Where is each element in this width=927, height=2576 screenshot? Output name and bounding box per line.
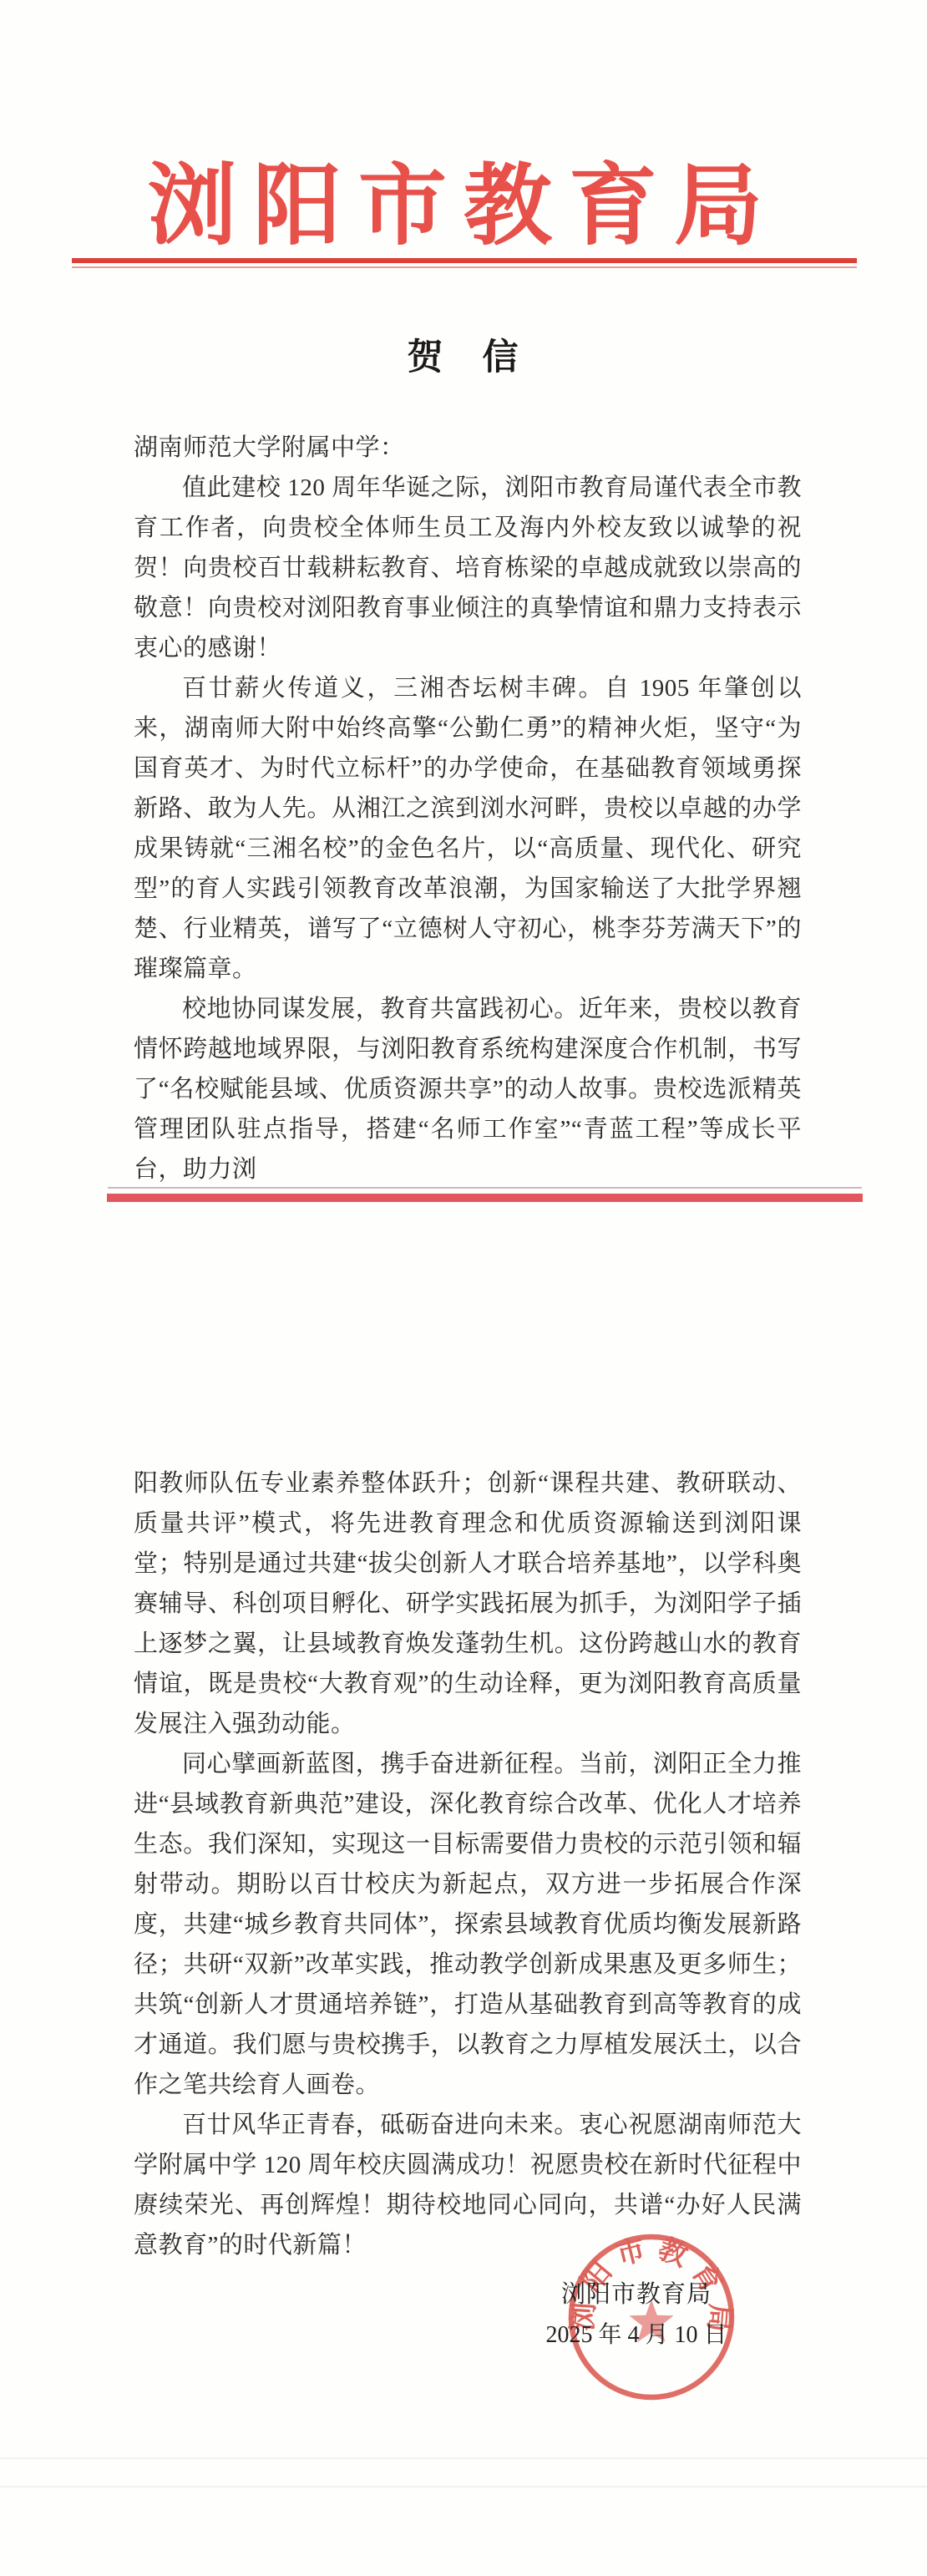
letterhead-rule-thick (72, 258, 857, 263)
scan-streak (0, 2486, 927, 2487)
paragraph: 值此建校 120 周年华诞之际，浏阳市教育局谨代表全市教育工作者，向贵校全体师生… (134, 468, 802, 668)
letterhead-rule-thin (72, 266, 857, 268)
paragraph: 校地协同谋发展，教育共富践初心。近年来，贵校以教育情怀跨越地域界限，与浏阳教育系… (134, 989, 802, 1189)
signature-block: 浏阳市教育局 2025 年 4 月 10 日 (541, 2282, 732, 2348)
letter-page: 浏阳市教育局 贺 信 湖南师范大学附属中学： 值此建校 120 周年华诞之际，浏… (0, 0, 927, 2576)
salutation: 湖南师范大学附属中学： (134, 428, 802, 468)
signature-date: 2025 年 4 月 10 日 (541, 2323, 732, 2348)
signature-agency: 浏阳市教育局 (541, 2282, 732, 2307)
page-break-red-band (107, 1194, 863, 1202)
letterhead-agency: 浏阳市教育局 (0, 135, 927, 262)
page-break-thin-line (108, 1187, 862, 1189)
paragraph: 百廿薪火传道义，三湘杏坛树丰碑。自 1905 年肇创以来，湖南师大附中始终高擎“… (134, 668, 802, 989)
paragraph: 同心擘画新蓝图，携手奋进新征程。当前，浏阳正全力推进“县域教育新典范”建设，深化… (134, 1744, 802, 2105)
page1-body: 湖南师范大学附属中学： 值此建校 120 周年华诞之际，浏阳市教育局谨代表全市教… (134, 428, 802, 1189)
letter-title: 贺 信 (0, 329, 927, 380)
paragraph-continuation: 阳教师队伍专业素养整体跃升；创新“课程共建、教研联动、质量共评”模式，将先进教育… (134, 1463, 802, 1744)
page2-body: 阳教师队伍专业素养整体跃升；创新“课程共建、教研联动、质量共评”模式，将先进教育… (134, 1463, 802, 2265)
scan-streak (0, 2457, 927, 2459)
